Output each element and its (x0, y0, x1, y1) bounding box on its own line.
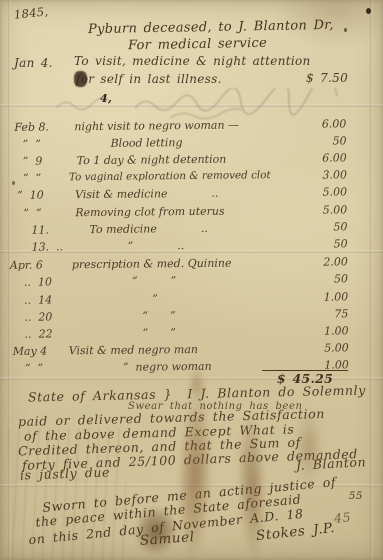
ledger-row: .. 20 ” ” 75 (0, 0, 380, 2)
jurat-year-tail: 45 (333, 511, 351, 525)
ledger-row: ” ” Removing clot from uterus 5.00 (0, 0, 380, 2)
ledger-row: ” ” Blood letting 50 (0, 0, 380, 2)
entry-desc: ” ” (132, 274, 176, 287)
ink-speck (366, 8, 371, 14)
entry-desc: ” ” (142, 309, 175, 322)
ledger-row: .. 14 ” 1.00 (0, 0, 380, 2)
entry-amount: 5.00 (292, 341, 349, 355)
entry-desc: ” ” (142, 326, 175, 339)
entry-desc: night visit to negro woman — (74, 118, 239, 133)
entry-date: May 4 (13, 345, 48, 358)
entry-amount: 50 (291, 272, 348, 286)
entry-desc: Blood letting (110, 136, 182, 150)
entry-date: .. 14 (24, 293, 52, 306)
entry-amount: 75 (291, 307, 348, 321)
entry-amount: 50 (289, 134, 346, 148)
entry-desc: ” (152, 292, 158, 305)
ledger-row: 13. .. ” .. 50 (0, 0, 380, 2)
entry-desc: Removing clot from uterus (75, 205, 224, 220)
ledger-row: ” 10 Visit & medicine .. 5.00 (0, 0, 380, 2)
entry-amount: 6.00 (289, 117, 346, 131)
document-scan: 1845, Pyburn deceased, to J. Blanton Dr,… (0, 0, 383, 560)
entry-date: ” ” (23, 172, 41, 185)
entry-amount: 5.00 (290, 185, 347, 199)
entry-date: ” ” (23, 138, 41, 151)
entry-desc: To medicine .. (89, 222, 208, 236)
entry-date: ” 10 (17, 189, 44, 202)
ledger-row: ” ” To vaginal exploration & removed clo… (0, 0, 380, 2)
entry-amount: 2.00 (291, 255, 348, 269)
entry-date: ” ” (23, 207, 41, 220)
entry-amount: 5.00 (290, 203, 347, 217)
ledger-row: Apr. 6 prescription & med. Quinine 2.00 (0, 0, 380, 2)
entry-desc: prescription & med. Quinine (72, 257, 232, 272)
entry-desc: Visit & medicine .. (75, 187, 219, 202)
entry-date: .. 20 (24, 310, 52, 323)
entry-amount: 50 (291, 237, 348, 251)
ink-speck (12, 181, 15, 185)
entry-amount: 3.00 (290, 168, 347, 182)
entry-date: ” ” (25, 362, 43, 375)
ledger-row: .. 22 ” ” 1.00 (0, 0, 380, 2)
entry-date: 11. (31, 223, 49, 236)
entry-date: Apr. 6 (10, 259, 43, 272)
ledger-row: Feb 8. night visit to negro woman — 6.00 (0, 0, 380, 2)
entry-desc: To 1 day & night detention (77, 153, 227, 168)
scilicet-mark: 55 (349, 492, 363, 502)
ledger-row: ” ” ” negro woman 1.00 (0, 0, 380, 2)
ledger-row: 11. To medicine .. 50 (0, 0, 380, 2)
ink-speck (344, 28, 347, 32)
ledger-row: ” 9 To 1 day & night detention 6.00 (0, 0, 380, 2)
entry-amount: 50 (290, 220, 347, 234)
entry-desc: To vaginal exploration & removed clot (69, 169, 271, 183)
ledger-row: May 4 Visit & med negro man 5.00 (0, 0, 380, 2)
entry-desc: ” .. (128, 239, 185, 253)
entry-date: .. 22 (24, 327, 52, 340)
entry-date: 13. .. (32, 240, 64, 253)
entry-date: ” 9 (23, 155, 43, 168)
entry-amount: 1.00 (291, 290, 348, 304)
oath-line: is justly due (20, 466, 110, 482)
entry-amount: 1.00 (291, 324, 348, 338)
ledger-row: .. 10 ” ” 50 (0, 0, 380, 2)
entry-desc: Visit & med negro man (69, 343, 198, 357)
entry-amount: 6.00 (290, 151, 347, 165)
entry-date: Feb 8. (14, 120, 49, 133)
entry-desc: ” negro woman (123, 360, 212, 374)
entry-date: .. 10 (24, 275, 52, 288)
